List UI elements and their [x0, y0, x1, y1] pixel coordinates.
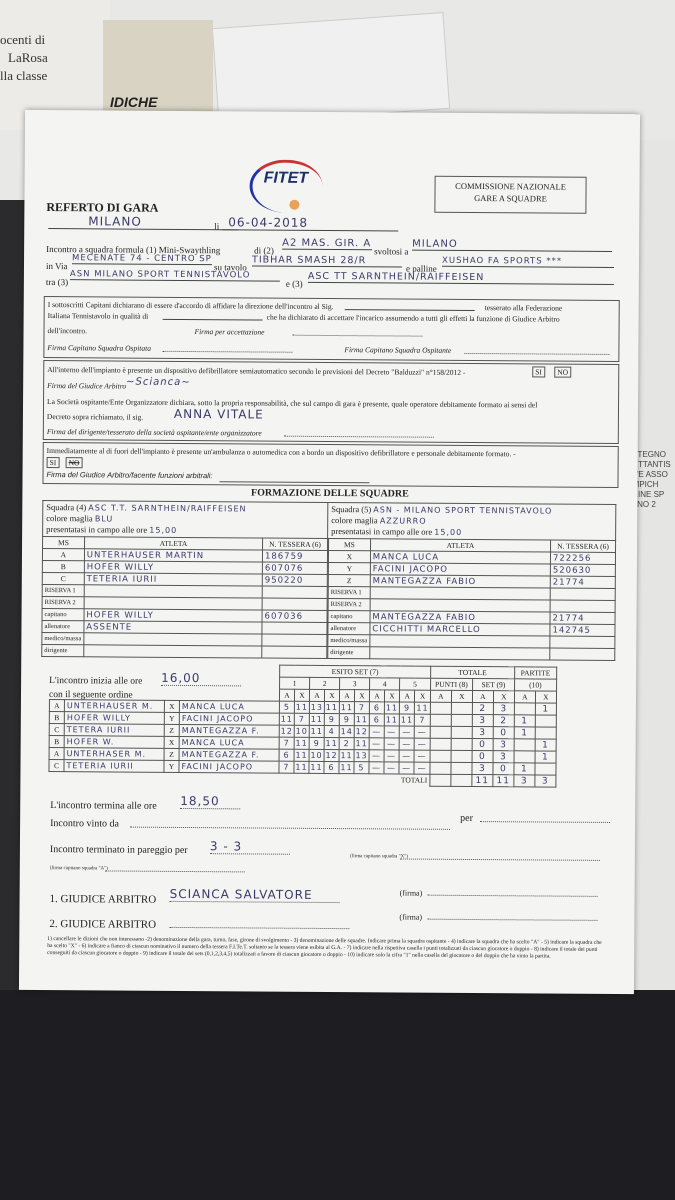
- operator-name-field[interactable]: ANNA VITALE: [174, 407, 264, 422]
- background-folder-label: IDICHE: [110, 94, 157, 110]
- captain-a-signature-label: (firma capitano squadra "A"): [50, 866, 108, 871]
- player-a-name[interactable]: TETERA IURII: [64, 724, 164, 737]
- set-score-a[interactable]: 6: [369, 714, 384, 726]
- staff-tessera[interactable]: [262, 634, 327, 646]
- team-a-name[interactable]: ASC T.T. SARNTHEIN/RAIFFEISEN: [88, 503, 246, 513]
- via-label: in Via: [46, 261, 68, 271]
- ambulance-signature-label: Firma del Giudice Arbitro/facente funzio…: [47, 470, 213, 480]
- sets-a[interactable]: 0: [472, 750, 493, 762]
- match-won-x[interactable]: 1: [535, 751, 556, 763]
- team-x-name[interactable]: ASN - MILANO SPORT TENNISTAVOLO: [373, 505, 552, 515]
- defibrillator-no-checkbox[interactable]: NO: [554, 367, 571, 378]
- total-points-x: [451, 774, 472, 786]
- player-ms: C: [42, 572, 84, 584]
- fitet-logo: FITET: [249, 159, 319, 199]
- player-x-name[interactable]: FACINI JACOPO: [179, 760, 279, 773]
- points-a[interactable]: [430, 750, 451, 762]
- set-score-x[interactable]: 11: [294, 761, 309, 773]
- player-a-ms: B: [49, 712, 64, 724]
- set-number: 2: [310, 677, 340, 689]
- totale-header: TOTALE: [430, 666, 514, 679]
- date-label: li: [214, 221, 219, 231]
- points-a[interactable]: [430, 702, 451, 714]
- side-header: X: [451, 690, 472, 702]
- player-tessera[interactable]: 607076: [262, 562, 327, 574]
- logo-ball-icon: [289, 200, 299, 210]
- captains-declaration-box: I sottoscritti Capitani dichiarano di es…: [43, 296, 619, 362]
- staff-name[interactable]: [370, 647, 550, 660]
- referee-signature: ~Scianca~: [126, 377, 191, 388]
- side-header: A: [514, 691, 535, 703]
- match-won-a[interactable]: 1: [514, 715, 535, 727]
- points-a[interactable]: [430, 738, 451, 750]
- player-ms: X: [328, 550, 370, 562]
- match-won-x[interactable]: [535, 763, 556, 775]
- defibrillator-text: All'interno dell'impianto è presente un …: [47, 365, 465, 377]
- player-a-ms: C: [49, 760, 64, 772]
- commission-line1: COMMISSIONE NAZIONALE: [436, 180, 586, 193]
- esito-header: ESITO SET (7): [280, 665, 431, 678]
- set-score-a[interactable]: 7: [279, 737, 294, 749]
- set-score-x[interactable]: 5: [354, 762, 369, 774]
- set-score-a[interactable]: —: [369, 738, 384, 750]
- team-away-field[interactable]: ASC TT SARNTHEIN/RAIFFEISEN: [308, 271, 614, 285]
- staff-tessera[interactable]: [550, 648, 615, 660]
- footnotes: 1) cancellare le dizioni che non interes…: [47, 936, 607, 961]
- side-header: X: [535, 691, 556, 703]
- player-x-ms: Z: [164, 748, 179, 760]
- side-header: A: [399, 690, 415, 702]
- player-tessera[interactable]: 21774: [550, 576, 615, 588]
- colore-label: colore maglia: [46, 513, 93, 523]
- set-score-a[interactable]: —: [399, 762, 415, 774]
- points-x[interactable]: [451, 726, 472, 738]
- points-a[interactable]: [430, 762, 451, 774]
- declaration-text: Italiana Tennistavolo in qualità di: [48, 311, 149, 321]
- set-score-a[interactable]: —: [369, 750, 384, 762]
- date-field[interactable]: 06-04-2018: [222, 215, 398, 231]
- palline-field[interactable]: XUSHAO FA SPORTS ***: [442, 256, 614, 268]
- end-time-label: L'incontro termina alle ore: [50, 800, 157, 812]
- set-number: 3: [340, 678, 370, 690]
- match-won-x[interactable]: [535, 727, 556, 739]
- side-header: A: [279, 689, 294, 701]
- competition-field[interactable]: A2 MAS. GIR. A: [282, 238, 372, 251]
- e-label: e (3): [286, 279, 303, 289]
- tra-label: tra (3): [46, 277, 68, 287]
- side-header: A: [309, 689, 324, 701]
- signature-host-captain-field[interactable]: [464, 353, 609, 355]
- set-score-x[interactable]: 10: [294, 725, 309, 737]
- player-x-name[interactable]: FACINI JACOPO: [179, 712, 279, 725]
- points-x[interactable]: [451, 702, 472, 714]
- player-x-ms: Y: [164, 712, 179, 724]
- referee-report-form: FITET COMMISSIONE NAZIONALE GARE A SQUAD…: [19, 110, 640, 994]
- referee2-signature-label: (firma): [399, 912, 422, 921]
- defibrillator-si-checkbox[interactable]: SI: [532, 366, 545, 377]
- staff-tessera[interactable]: [262, 622, 327, 634]
- staff-tessera[interactable]: 607036: [262, 610, 327, 622]
- set-number: 5: [400, 678, 431, 690]
- end-time-field[interactable]: 18,50: [180, 794, 240, 809]
- set-score-a[interactable]: 10: [309, 749, 324, 761]
- staff-role: medico/massa: [328, 634, 370, 646]
- set-score-a[interactable]: 9: [399, 702, 415, 714]
- per-field[interactable]: [480, 821, 610, 823]
- set-score-a[interactable]: 11: [339, 762, 354, 774]
- side-header: A: [472, 691, 493, 703]
- set-score-a[interactable]: —: [369, 762, 384, 774]
- player-x-name[interactable]: MANCA LUCA: [179, 700, 279, 713]
- match-won-x[interactable]: 1: [535, 739, 556, 751]
- set-score-x[interactable]: 6: [324, 761, 339, 773]
- sets-x[interactable]: 0: [493, 727, 514, 739]
- side-header: A: [369, 690, 384, 702]
- signature-host-captain-label: Firma Capitano Squadra Ospitante: [344, 345, 451, 355]
- per-label: per: [460, 813, 473, 824]
- via-field[interactable]: MECENATE 74 - CENTRO SPORTIVO BONACOSSA: [72, 253, 212, 265]
- set-score-x[interactable]: 7: [354, 702, 369, 714]
- player-x-name[interactable]: MANCA LUCA: [179, 736, 279, 749]
- bg-note-line: LaRosa: [8, 50, 48, 66]
- declaration-text: che ha dichiarato di accettare l'incaric…: [267, 313, 560, 324]
- staff-role: dirigente: [42, 644, 84, 656]
- staff-tessera[interactable]: 21774: [550, 612, 615, 624]
- player-x-ms: Y: [164, 760, 179, 772]
- player-x-ms: X: [164, 700, 179, 712]
- staff-role: capitano: [328, 610, 370, 622]
- match-won-a[interactable]: [514, 703, 535, 715]
- points-x[interactable]: [451, 714, 472, 726]
- set-number: 1: [280, 677, 310, 689]
- points-x[interactable]: [451, 738, 472, 750]
- logo-text: FITET: [264, 170, 309, 188]
- sets-x[interactable]: 3: [493, 739, 514, 751]
- punti-header: PUNTI (8): [430, 678, 472, 690]
- set-score-a[interactable]: 14: [339, 726, 354, 738]
- set-score-a[interactable]: 11: [309, 761, 324, 773]
- staff-tessera[interactable]: [550, 600, 615, 612]
- referee2-signature-field[interactable]: [427, 919, 597, 921]
- set-score-x[interactable]: —: [384, 750, 399, 762]
- set-score-a[interactable]: 5: [279, 701, 294, 713]
- squadra-label: Squadra (4): [46, 502, 86, 512]
- set-number: 4: [370, 678, 400, 690]
- set-score-a[interactable]: 12: [279, 725, 294, 737]
- referee-signature-label: Firma del Giudice Arbitro: [47, 381, 126, 391]
- staff-tessera[interactable]: [262, 646, 327, 658]
- sets-a[interactable]: 3: [472, 762, 493, 774]
- referee1-label: 1. GIUDICE ARBITRO: [50, 893, 157, 906]
- winner-field[interactable]: [130, 827, 450, 830]
- set-score-x[interactable]: 11: [294, 749, 309, 761]
- set-score-a[interactable]: 2: [339, 738, 354, 750]
- team-home-field[interactable]: ASN MILANO SPORT TENNISTAVOLO: [70, 269, 280, 281]
- set-score-x[interactable]: —: [384, 726, 399, 738]
- sets-a[interactable]: 3: [472, 727, 493, 739]
- match-won-a[interactable]: 1: [514, 763, 535, 775]
- player-x-name[interactable]: MANTEGAZZA F.: [179, 724, 279, 737]
- referee2-label: 2. GIUDICE ARBITRO: [49, 918, 156, 931]
- player-ms: Z: [328, 574, 370, 586]
- staff-role: RISERVA 1: [42, 584, 84, 596]
- draw-label: Incontro terminato in pareggio per: [50, 844, 188, 856]
- match-won-x[interactable]: 1: [535, 703, 556, 715]
- set-score-a[interactable]: 11: [309, 725, 324, 737]
- place-field[interactable]: MILANO: [48, 214, 238, 230]
- set-score-x[interactable]: —: [415, 738, 431, 750]
- signature-guest-captain-field[interactable]: [162, 351, 292, 353]
- side-header: X: [384, 690, 399, 702]
- ambulance-signature-field[interactable]: [219, 481, 369, 483]
- set-score-x[interactable]: 4: [324, 725, 339, 737]
- ambulance-si-checkbox[interactable]: SI: [47, 457, 60, 468]
- staff-tessera[interactable]: [550, 636, 615, 648]
- staff-tessera[interactable]: [550, 588, 615, 600]
- set-score-a[interactable]: 7: [279, 761, 294, 773]
- player-ms: Y: [328, 562, 370, 574]
- staff-role: RISERVA 2: [328, 598, 370, 610]
- set-score-x[interactable]: 12: [324, 749, 339, 761]
- referee1-signature-label: (firma): [400, 888, 423, 897]
- player-a-ms: B: [49, 736, 64, 748]
- commission-line2: GARE A SQUADRE: [435, 192, 585, 205]
- order-table: ESITO SET (7)TOTALEPARTITE12345PUNTI (8)…: [48, 663, 557, 788]
- bg-note-line: lla classe: [0, 68, 47, 84]
- decreto-label: Decreto sopra richiamato, il sig.: [47, 412, 143, 422]
- side-header: X: [415, 690, 431, 702]
- player-a-ms: A: [49, 700, 64, 712]
- player-tessera[interactable]: 722256: [550, 552, 615, 564]
- set-score-a[interactable]: —: [399, 750, 415, 762]
- set-score-a[interactable]: 11: [279, 713, 294, 725]
- points-x[interactable]: [451, 750, 472, 762]
- sets-a[interactable]: 3: [472, 715, 493, 727]
- sets-x[interactable]: 0: [493, 763, 514, 775]
- set-score-x[interactable]: —: [414, 762, 430, 774]
- declaration-text: tesserato alla Federazione: [485, 303, 563, 313]
- staff-name[interactable]: [84, 645, 262, 658]
- points-a[interactable]: [430, 714, 451, 726]
- partite-header: PARTITE: [514, 667, 556, 679]
- points-a[interactable]: [430, 726, 451, 738]
- sets-a[interactable]: 0: [472, 738, 493, 750]
- player-a-name[interactable]: TETERIA IURII: [64, 760, 164, 773]
- winner-label: Incontro vinto da: [50, 818, 119, 829]
- set-score-x[interactable]: 11: [324, 701, 339, 713]
- ore-label: presentatasi in campo alle ore: [46, 524, 147, 535]
- team-x-time[interactable]: 15,00: [434, 528, 462, 537]
- player-a-name[interactable]: UNTERHASER M.: [64, 748, 164, 761]
- match-order-grid: ESITO SET (7)TOTALEPARTITE12345PUNTI (8)…: [48, 663, 557, 788]
- set-score-a[interactable]: 9: [339, 714, 354, 726]
- society-declaration-text: La Società ospitante/Ente Organizzatore …: [47, 397, 537, 409]
- set-score-a[interactable]: 11: [339, 702, 354, 714]
- total-matches-x: 3: [535, 775, 556, 787]
- side-header: X: [294, 689, 309, 701]
- total-points-a: [430, 774, 451, 786]
- match-won-a[interactable]: [514, 751, 535, 763]
- points-x[interactable]: [451, 762, 472, 774]
- declaration-text: I sottoscritti Capitani dichiarano di es…: [48, 300, 334, 311]
- signature-acceptance-label: Firma per accettazione: [195, 327, 265, 336]
- staff-tessera[interactable]: [262, 586, 327, 598]
- set-score-x[interactable]: —: [384, 762, 399, 774]
- ambulance-no-checkbox[interactable]: NO: [66, 457, 83, 468]
- player-tessera[interactable]: 520630: [550, 564, 615, 576]
- set-score-x[interactable]: —: [414, 750, 430, 762]
- set-score-x[interactable]: 7: [294, 713, 309, 725]
- side-header: X: [324, 689, 339, 701]
- staff-role: capitano: [42, 608, 84, 620]
- draw-score-field[interactable]: 3 - 3: [210, 839, 290, 855]
- side-header: A: [339, 690, 354, 702]
- column-header: MS: [43, 536, 85, 548]
- totals-label: TOTALI: [399, 774, 430, 786]
- total-sets-a: 11: [472, 774, 493, 786]
- staff-role: RISERVA 2: [42, 596, 84, 608]
- background-plastic-card: [212, 12, 450, 125]
- set-score-x[interactable]: 11: [354, 714, 369, 726]
- ambulance-text: Immediatamente al di fuori dell'impianto…: [47, 446, 516, 458]
- set-score-x[interactable]: 11: [294, 701, 309, 713]
- ore-label: presentatasi in campo alle ore: [331, 526, 432, 537]
- player-x-ms: Z: [164, 724, 179, 736]
- sets-a[interactable]: 2: [472, 703, 493, 715]
- team-x-color[interactable]: AZZURRO: [380, 516, 427, 525]
- squadra-label: Squadra (5): [331, 504, 371, 514]
- player-ms: B: [42, 560, 84, 572]
- set-score-x[interactable]: 11: [384, 714, 399, 726]
- team-a-formation: Squadra (4) ASC T.T. SARNTHEIN/RAIFFEISE…: [41, 500, 328, 659]
- commission-box: COMMISSIONE NAZIONALE GARE A SQUADRE: [434, 176, 586, 214]
- set-score-x[interactable]: 12: [354, 726, 369, 738]
- set-score-a[interactable]: 6: [279, 749, 294, 761]
- player-a-name[interactable]: HOFER WILLY: [64, 712, 164, 725]
- defibrillator-box: All'interno dell'impianto è presente un …: [43, 360, 620, 444]
- team-a-table: MSATLETAN. TESSERA (6)AUNTERHAUSER MARTI…: [41, 536, 328, 659]
- column-header: N. TESSERA (6): [263, 538, 328, 550]
- match-won-a[interactable]: [514, 739, 535, 751]
- match-won-a[interactable]: 1: [514, 727, 535, 739]
- signature-acceptance-field[interactable]: [293, 335, 423, 337]
- referee2-name-field[interactable]: [169, 927, 349, 929]
- staff-role: dirigente: [328, 646, 370, 658]
- set-score-x[interactable]: 13: [354, 750, 369, 762]
- staff-role: allenatore: [42, 620, 84, 632]
- colore-label: colore maglia: [331, 515, 378, 525]
- staff-tessera[interactable]: [262, 598, 327, 610]
- player-tessera[interactable]: 950220: [262, 574, 327, 586]
- background-floor: [0, 990, 675, 1200]
- set-score-x[interactable]: 11: [384, 702, 399, 714]
- staff-role: medico/massa: [42, 632, 84, 644]
- referee1-name-field[interactable]: SCIANCA SALVATORE: [170, 887, 340, 903]
- captain-a-signature-field[interactable]: [105, 870, 245, 872]
- player-ms: A: [42, 548, 84, 560]
- total-matches-a: 3: [514, 775, 535, 787]
- set-score-a[interactable]: 11: [399, 714, 415, 726]
- set-score-a[interactable]: 13: [309, 701, 324, 713]
- referee1-signature-field[interactable]: [428, 895, 598, 897]
- set-score-x[interactable]: 9: [324, 713, 339, 725]
- set-score-x[interactable]: 11: [294, 737, 309, 749]
- team-a-color[interactable]: BLU: [95, 514, 113, 523]
- set-score-a[interactable]: —: [399, 738, 415, 750]
- match-won-x[interactable]: [535, 715, 556, 727]
- set-score-a[interactable]: —: [399, 726, 415, 738]
- team-a-time[interactable]: 15,00: [149, 526, 177, 535]
- side-header: X: [493, 691, 514, 703]
- column-header: N. TESSERA (6): [551, 540, 616, 552]
- player-a-name[interactable]: UNTERHAUSER M.: [64, 700, 164, 713]
- side-header: A: [430, 690, 451, 702]
- partite-number: (10): [514, 679, 556, 691]
- ambulance-box: Immediatamente al di fuori dell'impianto…: [42, 442, 618, 488]
- staff-role: RISERVA 1: [328, 586, 370, 598]
- player-tessera[interactable]: 186759: [262, 550, 327, 562]
- staff-row: dirigente: [42, 644, 327, 658]
- set-score-x[interactable]: 11: [415, 702, 431, 714]
- total-sets-x: 11: [493, 775, 514, 787]
- set-score-x[interactable]: 7: [415, 714, 431, 726]
- staff-role: allenatore: [328, 622, 370, 634]
- set-score-x[interactable]: 11: [324, 737, 339, 749]
- player-x-name[interactable]: MANTEGAZZA F.: [179, 748, 279, 761]
- set-score-a[interactable]: 11: [339, 750, 354, 762]
- team-x-formation: Squadra (5) ASN - MILANO SPORT TENNISTAV…: [327, 502, 616, 661]
- set-score-x[interactable]: 11: [354, 738, 369, 750]
- bg-note-line: ocenti di: [0, 32, 45, 48]
- team-x-table: MSATLETAN. TESSERA (6)XMANCA LUCA722256Y…: [327, 538, 616, 661]
- staff-row: dirigente: [328, 646, 615, 660]
- sets-x[interactable]: 2: [493, 715, 514, 727]
- formation-title: FORMAZIONE DELLE SQUADRE: [22, 486, 637, 501]
- dirigente-signature-field[interactable]: [284, 436, 434, 438]
- tavolo-field[interactable]: TIBHAR SMASH 28/R: [252, 254, 402, 267]
- referee-name-field[interactable]: [345, 309, 475, 311]
- set-score-a[interactable]: 11: [309, 713, 324, 725]
- set-score-a[interactable]: —: [369, 726, 384, 738]
- set-score-a[interactable]: 6: [369, 702, 384, 714]
- declaration-text: dell'incontro.: [48, 326, 88, 335]
- set-score-a[interactable]: 9: [309, 737, 324, 749]
- player-a-ms: C: [49, 724, 64, 736]
- player-a-name[interactable]: HOFER W.: [64, 736, 164, 749]
- dirigente-signature-label: Firma del dirigente/tesserato della soci…: [47, 427, 262, 437]
- sets-x[interactable]: 3: [493, 751, 514, 763]
- role-field[interactable]: [163, 319, 263, 321]
- set-score-x[interactable]: —: [384, 738, 399, 750]
- column-header: MS: [329, 538, 371, 550]
- set-header: SET (9): [472, 679, 514, 691]
- set-score-x[interactable]: —: [415, 726, 431, 738]
- side-header: X: [354, 690, 369, 702]
- captain-x-signature-field[interactable]: [400, 858, 600, 860]
- staff-tessera[interactable]: 142745: [550, 624, 615, 636]
- city-field[interactable]: MILANO: [412, 239, 612, 252]
- signature-guest-captain-label: Firma Capitano Squadra Ospitata: [47, 343, 151, 353]
- player-x-ms: X: [164, 736, 179, 748]
- sets-x[interactable]: 3: [493, 703, 514, 715]
- player-a-ms: A: [49, 748, 64, 760]
